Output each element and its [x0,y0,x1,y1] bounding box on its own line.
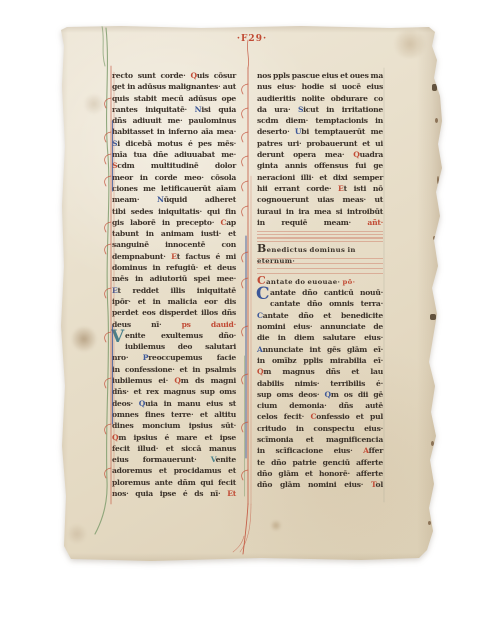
penwork-flourish [242,252,248,262]
bottom-flourish [233,504,251,554]
penwork-flourish [242,326,248,336]
penwork-flourish [242,278,248,288]
deckle-edge-speck [435,371,437,377]
penwork-flourish [105,132,111,142]
penwork-flourish [242,132,248,142]
penwork-flourish [105,98,111,108]
penwork-flourish [105,424,111,434]
green-thread [95,26,109,534]
penwork-flourish [242,206,248,216]
intercolumn-ruling [245,68,252,504]
penwork-flourish [105,332,111,342]
penwork-flourish [242,108,248,118]
left-margin-ruling [111,66,114,504]
penwork-flourish [242,156,248,166]
penwork-flourish [242,181,248,191]
penwork-flourish [242,84,248,94]
penwork-overlay [61,26,447,562]
manuscript-leaf: ·F29· recto sunt corde· Quis cōsurget in… [61,26,447,562]
folio-flourish [247,40,248,68]
penwork-flourish [105,176,111,186]
manuscript-leaf-wrap: ·F29· recto sunt corde· Quis cōsurget in… [61,26,447,562]
penwork-flourish [105,468,111,478]
photo-background: { "folio": { "label": "·F29·" }, "colors… [0,0,500,625]
